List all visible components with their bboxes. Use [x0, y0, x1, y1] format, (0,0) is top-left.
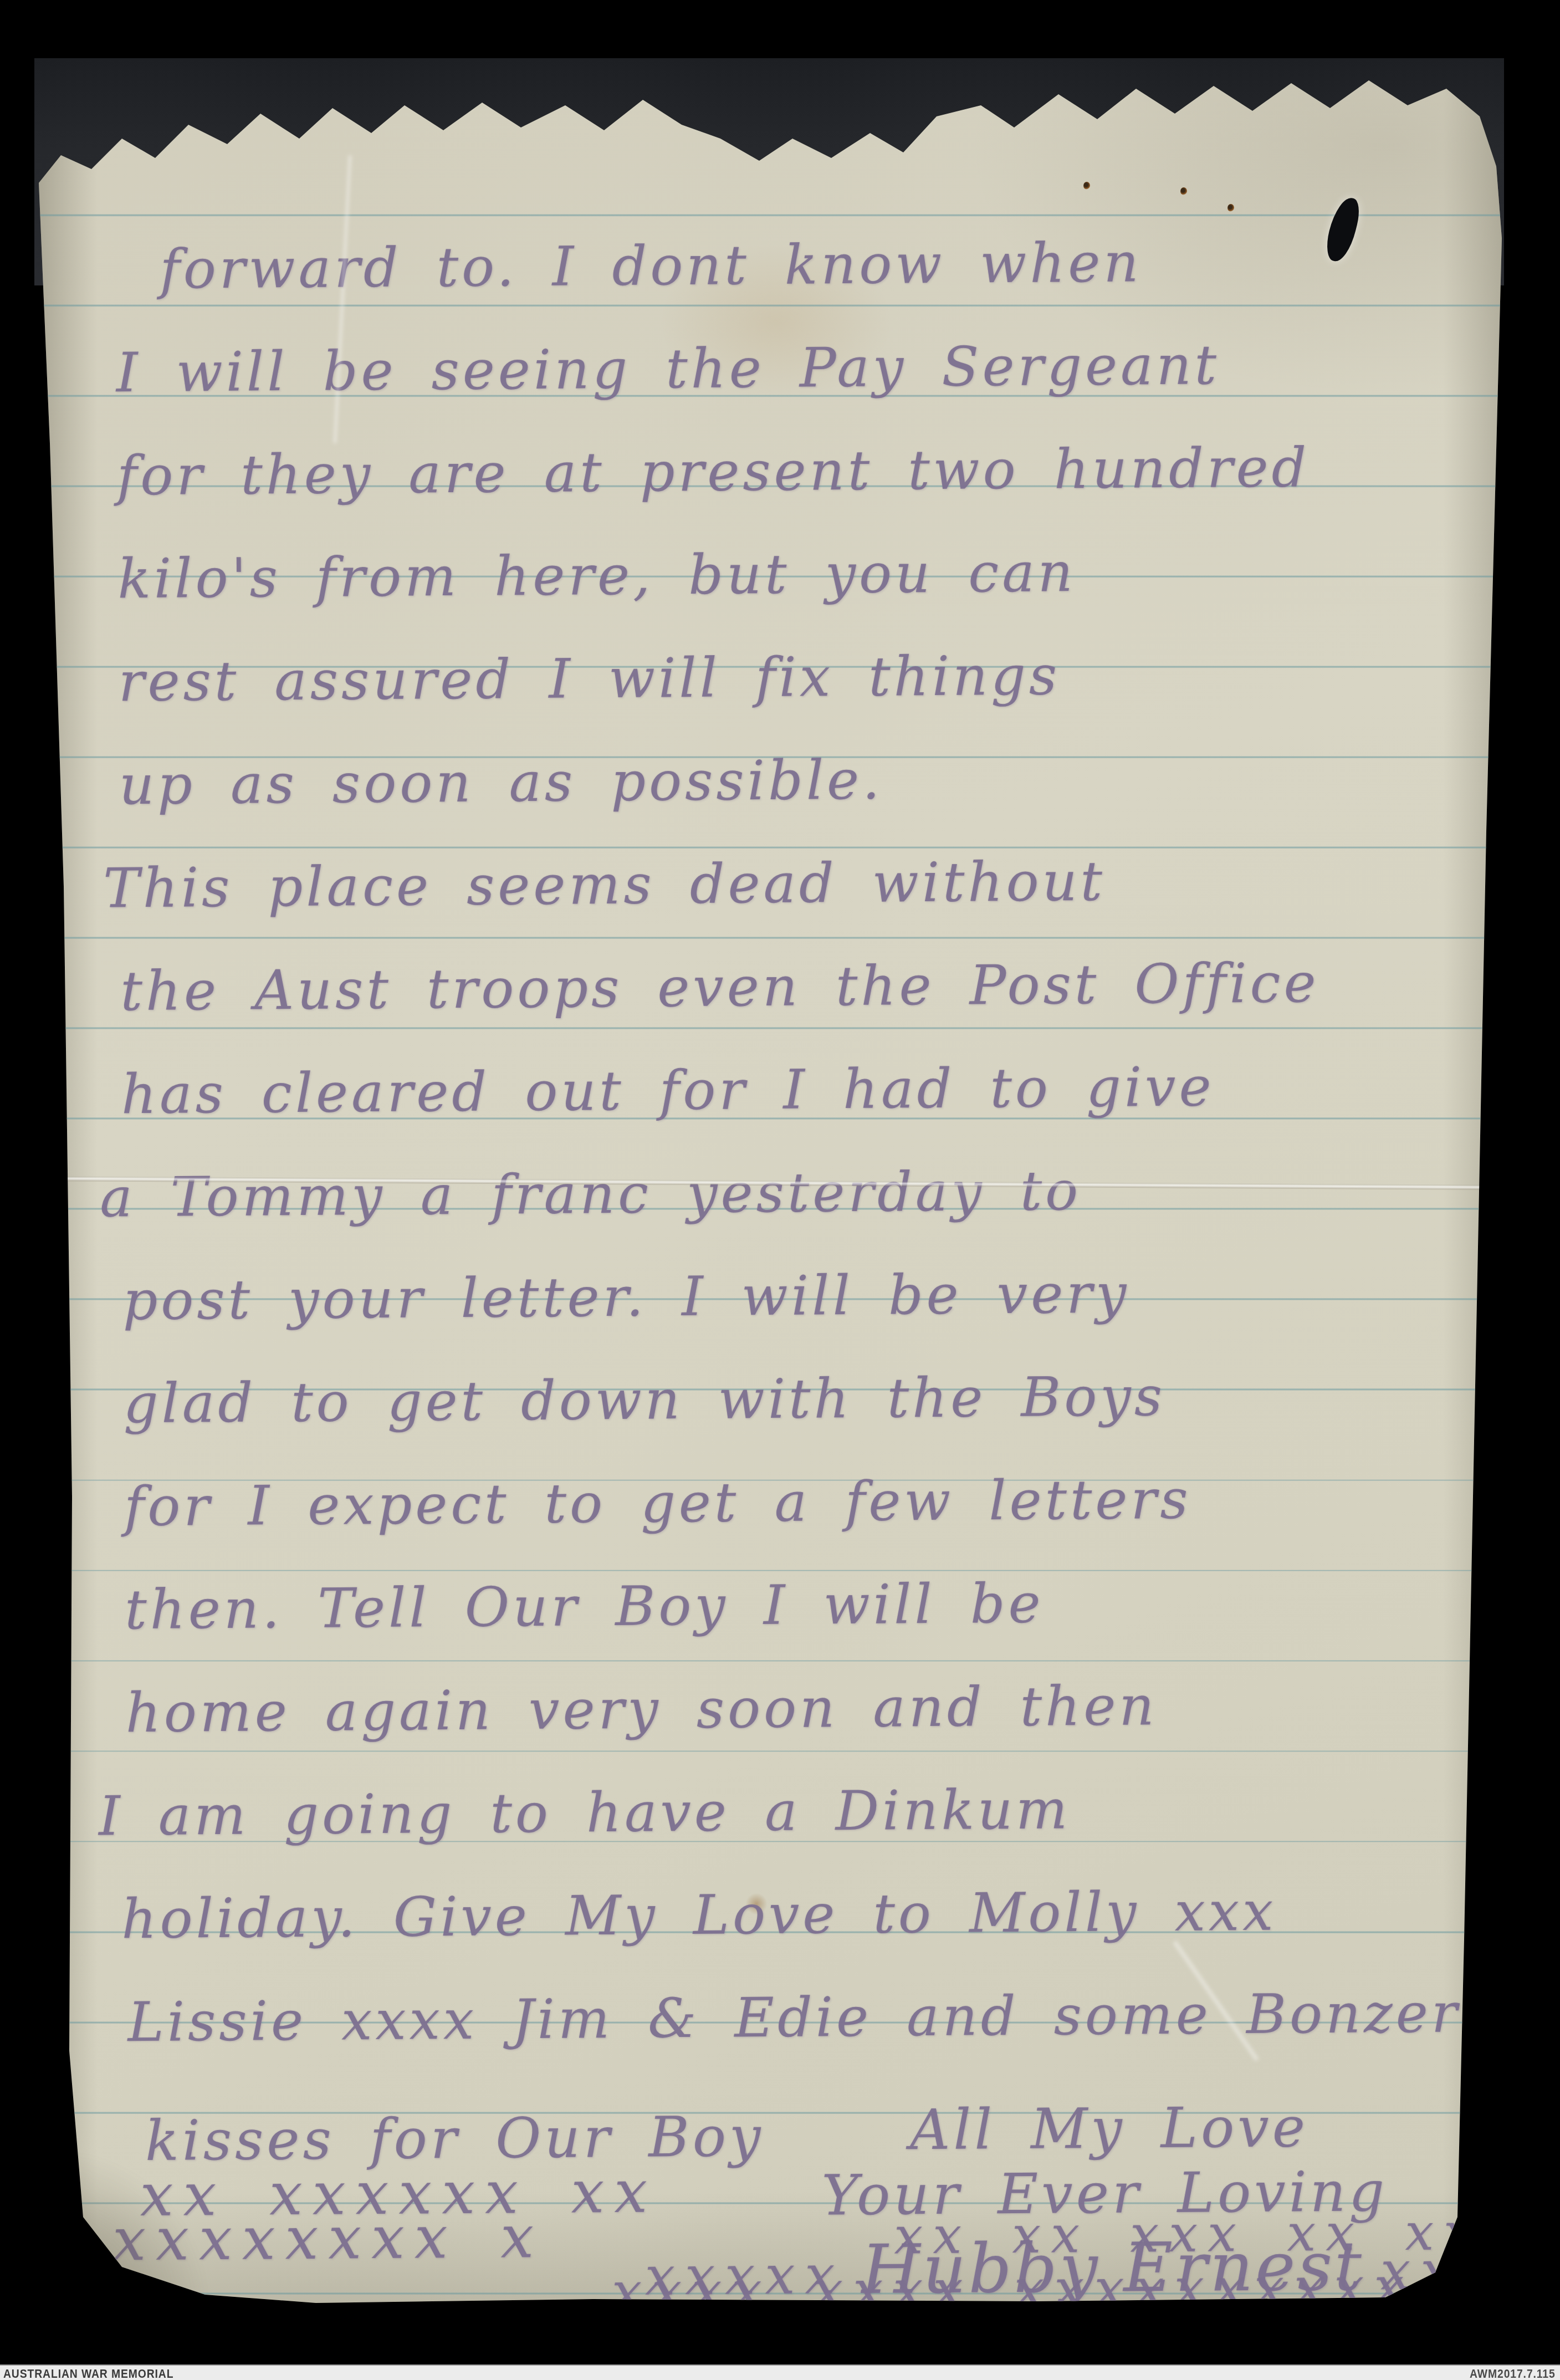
- letter-line: home again very soon and then: [125, 1679, 1157, 1740]
- letter-line: post your letter. I will be very: [122, 1266, 1130, 1328]
- scanned-letter-page: forward to. I dont know when I will be s…: [0, 0, 1560, 2380]
- letter-line: a Tommy a franc yesterday to: [100, 1164, 1082, 1225]
- archive-footer-bar: AUSTRALIAN WAR MEMORIAL AWM2017.7.115: [0, 2364, 1560, 2380]
- letter-line: for they are at present two hundred: [117, 441, 1310, 503]
- letter-line: kilo's from here, but you can: [117, 545, 1076, 606]
- letter-line: glad to get down with the Boys: [123, 1370, 1165, 1431]
- letter-line: rest assured I will fix things: [118, 648, 1060, 709]
- letter-line: up as soon as possible.: [119, 753, 883, 813]
- letter-line: has cleared out for I had to give: [121, 1060, 1215, 1122]
- letter-line: then. Tell Our Boy I will be: [125, 1577, 1044, 1638]
- letter-line: This place seems dead without: [103, 855, 1106, 916]
- rust-pinhole: [1227, 204, 1234, 212]
- kiss-row: xxxx xxxx xxxxxxxxxx xx: [612, 2259, 1536, 2318]
- letter-paper-sheet: forward to. I dont know when I will be s…: [39, 55, 1502, 2305]
- letter-line: Lissie xxxx Jim & Edie and some Bonzer: [127, 1986, 1461, 2050]
- corner-smudge: [53, 2156, 252, 2306]
- letter-line: holiday. Give My Love to Molly xxx: [121, 1884, 1277, 1947]
- letter-line: I am going to have a Dinkum: [99, 1783, 1071, 1843]
- letter-line: forward to. I dont know when: [160, 236, 1142, 297]
- closing-all-my-love: All My Love: [910, 2100, 1309, 2158]
- reference-number: AWM2017.7.115: [1470, 2367, 1556, 2380]
- letter-line: I will be seeing the Pay Sergeant: [116, 338, 1220, 400]
- rust-pinhole: [1180, 187, 1187, 195]
- rust-pinhole: [1083, 182, 1090, 190]
- archive-name: AUSTRALIAN WAR MEMORIAL: [3, 2367, 173, 2380]
- letter-line: the Aust troops even the Post Office: [120, 956, 1319, 1019]
- letter-line: for I expect to get a few letters: [124, 1473, 1191, 1534]
